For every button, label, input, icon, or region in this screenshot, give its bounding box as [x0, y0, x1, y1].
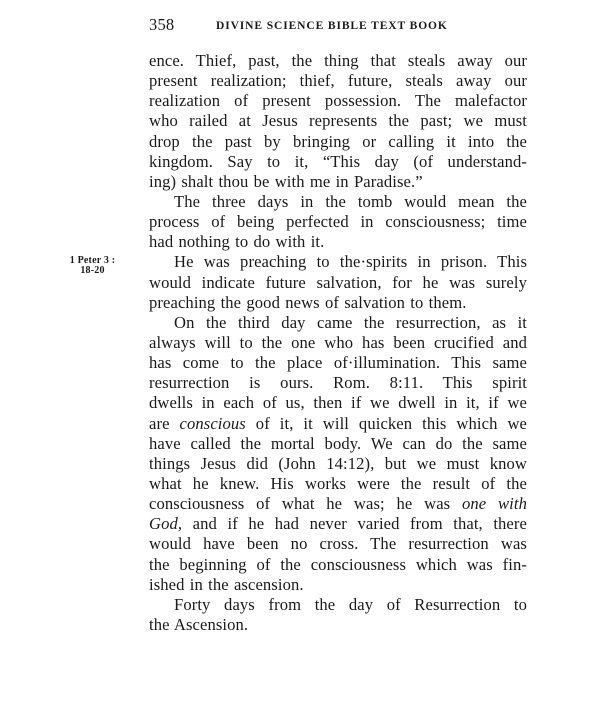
text-line: ished in the ascension.: [149, 575, 527, 595]
text-line: ence. Thief, past, the thing that steals…: [149, 51, 527, 71]
text-line-with-italic: consciousness of what he was; he was one…: [149, 494, 527, 514]
paragraph-first-line: On the third day came the resurrection, …: [149, 313, 527, 333]
text-line: would have been no cross. The resurrecti…: [149, 534, 527, 554]
text-line: preaching the good news of salvation to …: [149, 293, 527, 313]
running-head: 358 DIVINE SCIENCE BIBLE TEXT BOOK: [149, 14, 529, 36]
text-line: kingdom. Say to it, “This day (of unders…: [149, 152, 527, 172]
text-line: things Jesus did (John 14:12), but we mu…: [149, 454, 527, 474]
paragraph-first-line: The three days in the tomb would mean th…: [149, 192, 527, 212]
text-segment: are: [149, 414, 180, 433]
book-title: DIVINE SCIENCE BIBLE TEXT BOOK: [216, 15, 448, 37]
text-line: realization of present possession. The m…: [149, 91, 527, 111]
text-line: have called the mortal body. We can do t…: [149, 434, 527, 454]
text-segment: consciousness of what he was; he was: [149, 494, 462, 513]
text-line: what he knew. His works were the result …: [149, 474, 527, 494]
paragraph-first-line: He was preaching to the·spirits in priso…: [149, 252, 527, 272]
text-line: had nothing to do with it.: [149, 232, 527, 252]
text-line-with-italic: God, and if he had never varied from tha…: [149, 514, 527, 534]
text-line: dwells in each of us, then if we dwell i…: [149, 393, 527, 413]
page-number: 358: [149, 14, 174, 36]
margin-scripture-reference: 1 Peter 3 : 18-20: [55, 256, 130, 276]
text-line-with-italic: are conscious of it, it will quicken thi…: [149, 414, 527, 434]
text-line: resurrection is ours. Rom. 8:11. This sp…: [149, 373, 527, 393]
italic-emphasis: God,: [149, 514, 182, 533]
italic-emphasis: conscious: [180, 414, 246, 433]
text-line: present realization; thief, future, stea…: [149, 71, 527, 91]
text-line: would indicate future salvation, for he …: [149, 273, 527, 293]
text-line: drop the past by bringing or calling it …: [149, 132, 527, 152]
body-text: ence. Thief, past, the thing that steals…: [149, 51, 527, 635]
text-line: the beginning of the consciousness which…: [149, 555, 527, 575]
text-line: the Ascension.: [149, 615, 527, 635]
text-line: process of being perfected in consciousn…: [149, 212, 527, 232]
book-page: 358 DIVINE SCIENCE BIBLE TEXT BOOK 1 Pet…: [0, 0, 600, 709]
text-line: always will to the one who has been cruc…: [149, 333, 527, 353]
italic-emphasis: one with: [462, 494, 527, 513]
text-line: who railed at Jesus represents the past;…: [149, 111, 527, 131]
paragraph-first-line: Forty days from the day of Resurrection …: [149, 595, 527, 615]
text-line: has come to the place of·illumination. T…: [149, 353, 527, 373]
margin-note-line: 18-20: [55, 266, 130, 276]
text-line: ing) shalt thou be with me in Paradise.”: [149, 172, 527, 192]
text-segment: and if he had never varied from that, th…: [182, 514, 527, 533]
text-segment: of it, it will quicken this which we: [246, 414, 527, 433]
